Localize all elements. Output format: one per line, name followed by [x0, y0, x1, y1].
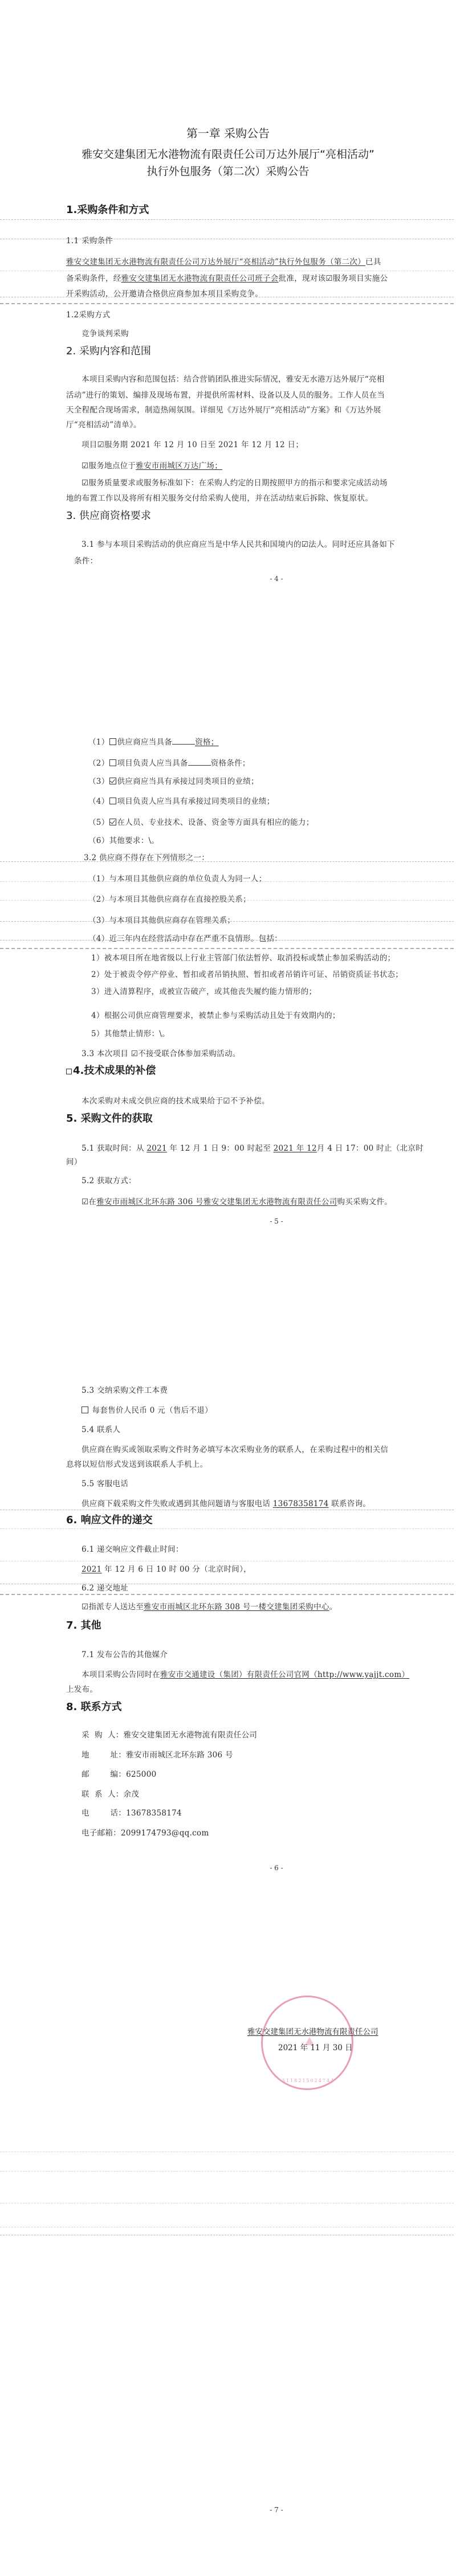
scan-rule: [0, 2152, 454, 2152]
text: （2）: [88, 759, 109, 768]
text: 2021: [82, 1565, 102, 1574]
service-location: ☑服务地点位于雅安市雨城区万达广场；: [82, 459, 222, 471]
value: 雅安市雨城区北环东路 306 号: [126, 1751, 233, 1760]
scan-rule: [0, 921, 454, 922]
checkbox-checked-icon: [109, 778, 116, 784]
website-link[interactable]: 雅安市交通建设（集团）有限责任公司官网（http://www.yajjt.com…: [160, 1670, 409, 1679]
label: 邮 编：: [82, 1770, 126, 1779]
scan-rule: [0, 1528, 454, 1529]
label: 采 购 人：: [82, 1731, 124, 1740]
section6-heading: 6. 响应文件的递交: [66, 1512, 153, 1527]
section3-1-line1: 3.1 参与本项目采购活动的供应商应当是中华人民共和国境内的☑法人。同时还应具备…: [82, 538, 395, 549]
text: 月 4 日 17：00 时止（北京时: [317, 1144, 424, 1153]
seal-code: 5118215024744: [282, 2078, 335, 2083]
section1-1-heading: 1.1 采购条件: [66, 234, 113, 246]
blank-line: [188, 758, 211, 766]
scan-rule: [0, 1510, 454, 1510]
section5-4-line2: 息将以短信形式发送到该联系人手机上。: [66, 1458, 207, 1469]
text: （3）: [88, 777, 109, 786]
section5-5-heading: 5.5 客服电话: [82, 1477, 128, 1489]
section7-1-line2: 上发布。: [66, 1683, 97, 1694]
section7-heading: 7. 其他: [66, 1617, 101, 1632]
condition-1: （1）供应商应当具备资格；: [88, 735, 219, 747]
text: ☑服务地点位于: [82, 461, 136, 471]
section6-1-value: 2021 年 12 月 6 日 10 时 00 分（北京时间），: [82, 1563, 251, 1574]
scan-rule: [0, 2171, 454, 2172]
section5-5-text: 供应商下载采购文件失败或遇到其他问题请与客服电话 13678358174 联系咨…: [82, 1497, 370, 1508]
scan-rule: [0, 940, 454, 941]
checkbox-checked-icon: [109, 819, 116, 825]
text: 雅安交建集团无水港物流有限责任公司: [247, 2027, 378, 2037]
section5-1-line1: 5.1 获取时间：从 2021 年 12 月 1 日 9：00 时起至 2021…: [82, 1142, 424, 1153]
text: （4）: [88, 797, 109, 806]
text: ☑指派专人送达至: [82, 1602, 144, 1612]
exclusion-sub-5: 5）其他禁止情形：\。: [91, 1027, 170, 1038]
address-underlined: 雅安市雨城区北环东路 306 号雅安交建集团无水港物流有限责任公司: [96, 1197, 337, 1207]
contact-address: 地 址：雅安市雨城区北环东路 306 号: [82, 1748, 233, 1760]
text: 5.1 获取时间：从: [82, 1144, 144, 1153]
label: 电 话：: [82, 1809, 126, 1818]
chapter-title: 第一章 采购公告: [0, 124, 456, 141]
contact-person: 联 系 人：余茂: [82, 1788, 139, 1799]
label: 联 系 人：: [82, 1790, 124, 1799]
value: 雅安交建集团无水港物流有限责任公司: [124, 1731, 258, 1740]
contact-phone: 电 话：13678358174: [82, 1806, 182, 1818]
text: 资格；: [195, 738, 218, 747]
section3-2-heading: 3.2 供应商不得存在下列情形之一：: [84, 851, 209, 862]
section4-text: 本次采购对未成交供应商的技术成果给于☑不予补偿。: [82, 1094, 270, 1106]
text: 每套售价人民币 0 元（售后不退）: [92, 1406, 213, 1415]
contact-purchaser: 采 购 人：雅安交建集团无水港物流有限责任公司: [82, 1728, 257, 1740]
section8-heading: 8. 联系方式: [66, 1699, 122, 1714]
section1-heading: 1.采购条件和方式: [66, 202, 149, 216]
scan-rule: [0, 303, 454, 304]
text: 本项目采购公告同时在: [82, 1670, 160, 1679]
scan-rule: [0, 1584, 454, 1584]
quality-line2: 地的布置工作以及将所有相关服务交付给采购人使用，并在活动结束后拆除、恢复原状。: [66, 492, 373, 503]
text: 2021 年 12: [274, 1144, 317, 1153]
section5-1-line2: 间）: [66, 1155, 82, 1167]
section5-2-text: ☑在雅安市雨城区北环东路 306 号雅安交建集团无水港物流有限责任公司购买采购文…: [82, 1195, 392, 1207]
scan-rule: [0, 219, 454, 220]
location-underlined: 雅安市雨城区万达广场；: [136, 461, 222, 471]
approver-underlined: 雅安交建集团无水港物流有限责任公司班子会: [121, 274, 279, 283]
section1-1-para-line2: 备采购条件，经雅安交建集团无水港物流有限责任公司班子会批准，现对该☑服务项目实施…: [66, 272, 388, 283]
section3-3: 3.3 本次项目 ☑不接受联合体参加采购活动。: [82, 1047, 241, 1058]
text: 4.技术成果的补偿: [73, 1065, 156, 1077]
page-number: - 5 -: [0, 1217, 456, 1225]
scan-rule: [0, 271, 454, 271]
section2-para-line2: 活动”进行的策划、编排及现场布置，并提供所需材料、设备以及人员的服务。工作人员在…: [66, 389, 385, 400]
value: 625000: [126, 1770, 156, 1779]
section3-1-line2: 条件：: [74, 554, 97, 566]
scan-rule: [0, 239, 454, 239]
text: 资格条件；: [211, 759, 250, 768]
section6-2-heading: 6.2 递交地址: [82, 1581, 128, 1593]
quality-line1: ☑服务质量要求或服务标准如下：在采购人约定的日期按照甲方的指示和要求完成活动场: [82, 476, 388, 488]
section7-1-heading: 7.1 发布公告的其他媒介: [82, 1648, 168, 1659]
text: 联系咨询。: [331, 1499, 370, 1508]
value[interactable]: 2099174793@qq.com: [121, 1829, 209, 1838]
scan-rule: [0, 948, 454, 949]
exclusion-sub-3: 3）进入清算程序，或被宣告破产，或其他丧失履约能力情形的；: [91, 985, 316, 996]
signature-date: 2021 年 11 月 30 日: [278, 2041, 353, 2052]
condition-5: （5）在人员、专业技术、设备、资金等方面具有相应的能力；: [88, 816, 314, 827]
condition-4: （4）项目负责人应当具有承接过同类项目的业绩；: [88, 795, 275, 806]
text: 项目负责人应当具有承接过同类项目的业绩；: [117, 797, 275, 806]
text: 年 12 月 1 日 9：00 时起至: [170, 1144, 271, 1153]
exclusion-4: （4）近三年内在经营活动中存在严重不良情形。包括：: [88, 932, 282, 943]
scan-rule: [0, 2235, 454, 2235]
contact-email: 电子邮箱：2099174793@qq.com: [82, 1826, 209, 1838]
section5-2-heading: 5.2 获取方式：: [82, 1174, 136, 1185]
section5-4-heading: 5.4 联系人: [82, 1423, 120, 1434]
text: 在人员、专业技术、设备、资金等方面具有相应的能力；: [117, 818, 314, 827]
label: 电子邮箱：: [82, 1829, 121, 1838]
section5-heading: 5. 采购文件的获取: [66, 1110, 153, 1125]
contact-postcode: 邮 编：625000: [82, 1768, 156, 1779]
page-number: - 7 -: [0, 2506, 456, 2514]
text: 供应商应当具有承接过同类项目的业绩；: [117, 777, 259, 786]
text: 2021: [146, 1144, 167, 1153]
section2-para-line1: 本项目采购内容和范围包括：结合营销团队推进实际情况，雅安无水港万达外展厅“亮相: [82, 373, 385, 384]
condition-6: （6）其他要求：\。: [88, 834, 159, 845]
text: 供应商下载采购文件失败或遇到其他问题请与客服电话: [82, 1499, 270, 1508]
section2-heading: 2. 采购内容和范围: [66, 343, 151, 358]
text: ☑在: [82, 1197, 96, 1207]
section6-2-text: ☑指派专人送达至雅安市雨城区北环东路 308 号一楼交建集团采购中心。: [82, 1600, 337, 1612]
section5-4-line1: 供应商在购买或领取采购文件时务必填写本次采购业务的联系人，在采购过程中的相关信: [82, 1443, 388, 1454]
service-period: 项目☑服务期 2021 年 12 月 10 日至 2021 年 12 月 12 …: [82, 438, 303, 449]
scan-rule: [0, 861, 454, 862]
address-underlined: 雅安市雨城区北环东路 308 号一楼交建集团采购中心: [144, 1602, 329, 1612]
document-title-line1: 雅安交建集团无水港物流有限责任公司万达外展厅“亮相活动”: [0, 146, 456, 161]
scan-rule: [0, 881, 454, 882]
section2-para-line3: 天全程配合现场需求，制造热闹氛围。详细见《万达外展厅“亮相活动”方案》和《万达外…: [66, 403, 381, 415]
section3-heading: 3. 供应商资格要求: [66, 508, 151, 522]
signature-company: 雅安交建集团无水港物流有限责任公司: [247, 2025, 378, 2037]
project-name-underlined: 雅安交建集团无水港物流有限责任公司万达外展厅“亮相活动”执行外包服务（第二次）: [66, 257, 365, 267]
page-number: - 4 -: [0, 575, 456, 583]
section5-3-heading: 5.3 交纳采购文件工本费: [82, 1384, 168, 1395]
scan-rule: [0, 2203, 454, 2203]
text: （1）: [88, 738, 109, 747]
text: 批准，现对该☑服务项目实施公: [279, 274, 388, 283]
condition-2: （2）项目负责人应当具备资格条件；: [88, 757, 250, 768]
section2-para-line4: 厅“亮相活动”清单》。: [66, 418, 141, 430]
section1-1-para-line1: 雅安交建集团无水港物流有限责任公司万达外展厅“亮相活动”执行外包服务（第二次）已…: [66, 255, 381, 267]
scan-rule: [0, 1561, 454, 1561]
exclusion-sub-1: 1）被本项目所在地省级以上行业主管部门依法暂停、取消投标或禁止参加采购活动的；: [91, 951, 395, 963]
checkbox-unchecked-icon: [109, 798, 116, 804]
exclusion-1: （1）与本项目其他供应商的单位负责人为同一人；: [88, 872, 267, 884]
text: 供应商应当具备: [117, 738, 173, 747]
text: 年 12 月 6 日 10 时 00 分（北京时间），: [104, 1565, 251, 1574]
text: 购买采购文件。: [337, 1197, 392, 1207]
label: 地 址：: [82, 1751, 126, 1760]
checkbox-unchecked-icon: [109, 759, 116, 766]
value: 13678358174: [126, 1809, 182, 1818]
scan-rule: [0, 2227, 454, 2227]
value: 余茂: [124, 1790, 140, 1799]
section7-1-line1: 本项目采购公告同时在雅安市交通建设（集团）有限责任公司官网（http://www…: [82, 1668, 409, 1679]
scan-rule: [0, 900, 454, 901]
checkbox-unchecked-icon: [109, 738, 116, 745]
exclusion-3: （3）与本项目其他供应商存在管理关系；: [88, 914, 235, 925]
text: 已具: [365, 257, 381, 267]
text: 备采购条件，经: [66, 274, 121, 283]
exclusion-2: （2）与本项目其他供应商存在直接控股关系；: [88, 893, 251, 904]
section4-heading: 4.技术成果的补偿: [66, 1062, 156, 1077]
section5-3-value: 每套售价人民币 0 元（售后不退）: [82, 1404, 213, 1415]
scan-rule: [0, 1594, 454, 1595]
text: 项目负责人应当具备: [117, 759, 188, 768]
checkbox-unchecked-icon: [66, 1069, 72, 1074]
document-title-line2: 执行外包服务（第二次）采购公告: [0, 163, 456, 178]
page-number: - 6 -: [0, 1864, 456, 1872]
exclusion-sub-2: 2）处于被责令停产停业、暂扣或者吊销执照、暂扣或者吊销许可证、吊销资质证书状态；: [91, 968, 403, 979]
hotline-number: 13678358174: [273, 1499, 329, 1508]
text: 。: [329, 1602, 337, 1612]
blank-line: [172, 737, 195, 745]
section1-2-heading: 1.2采购方式: [66, 308, 111, 320]
procurement-method: 竞争谈判采购: [82, 327, 129, 338]
condition-3: （3）供应商应当具有承接过同类项目的业绩；: [88, 775, 259, 786]
exclusion-sub-4: 4）根据公司供应商管理要求，被禁止参与采购活动且处于有效期内的；: [91, 1009, 340, 1020]
scan-rule: [0, 297, 454, 297]
text: （5）: [88, 818, 109, 827]
section6-1-heading: 6.1 递交响应文件截止时间：: [82, 1543, 184, 1554]
checkbox-unchecked-icon: [82, 1406, 88, 1413]
